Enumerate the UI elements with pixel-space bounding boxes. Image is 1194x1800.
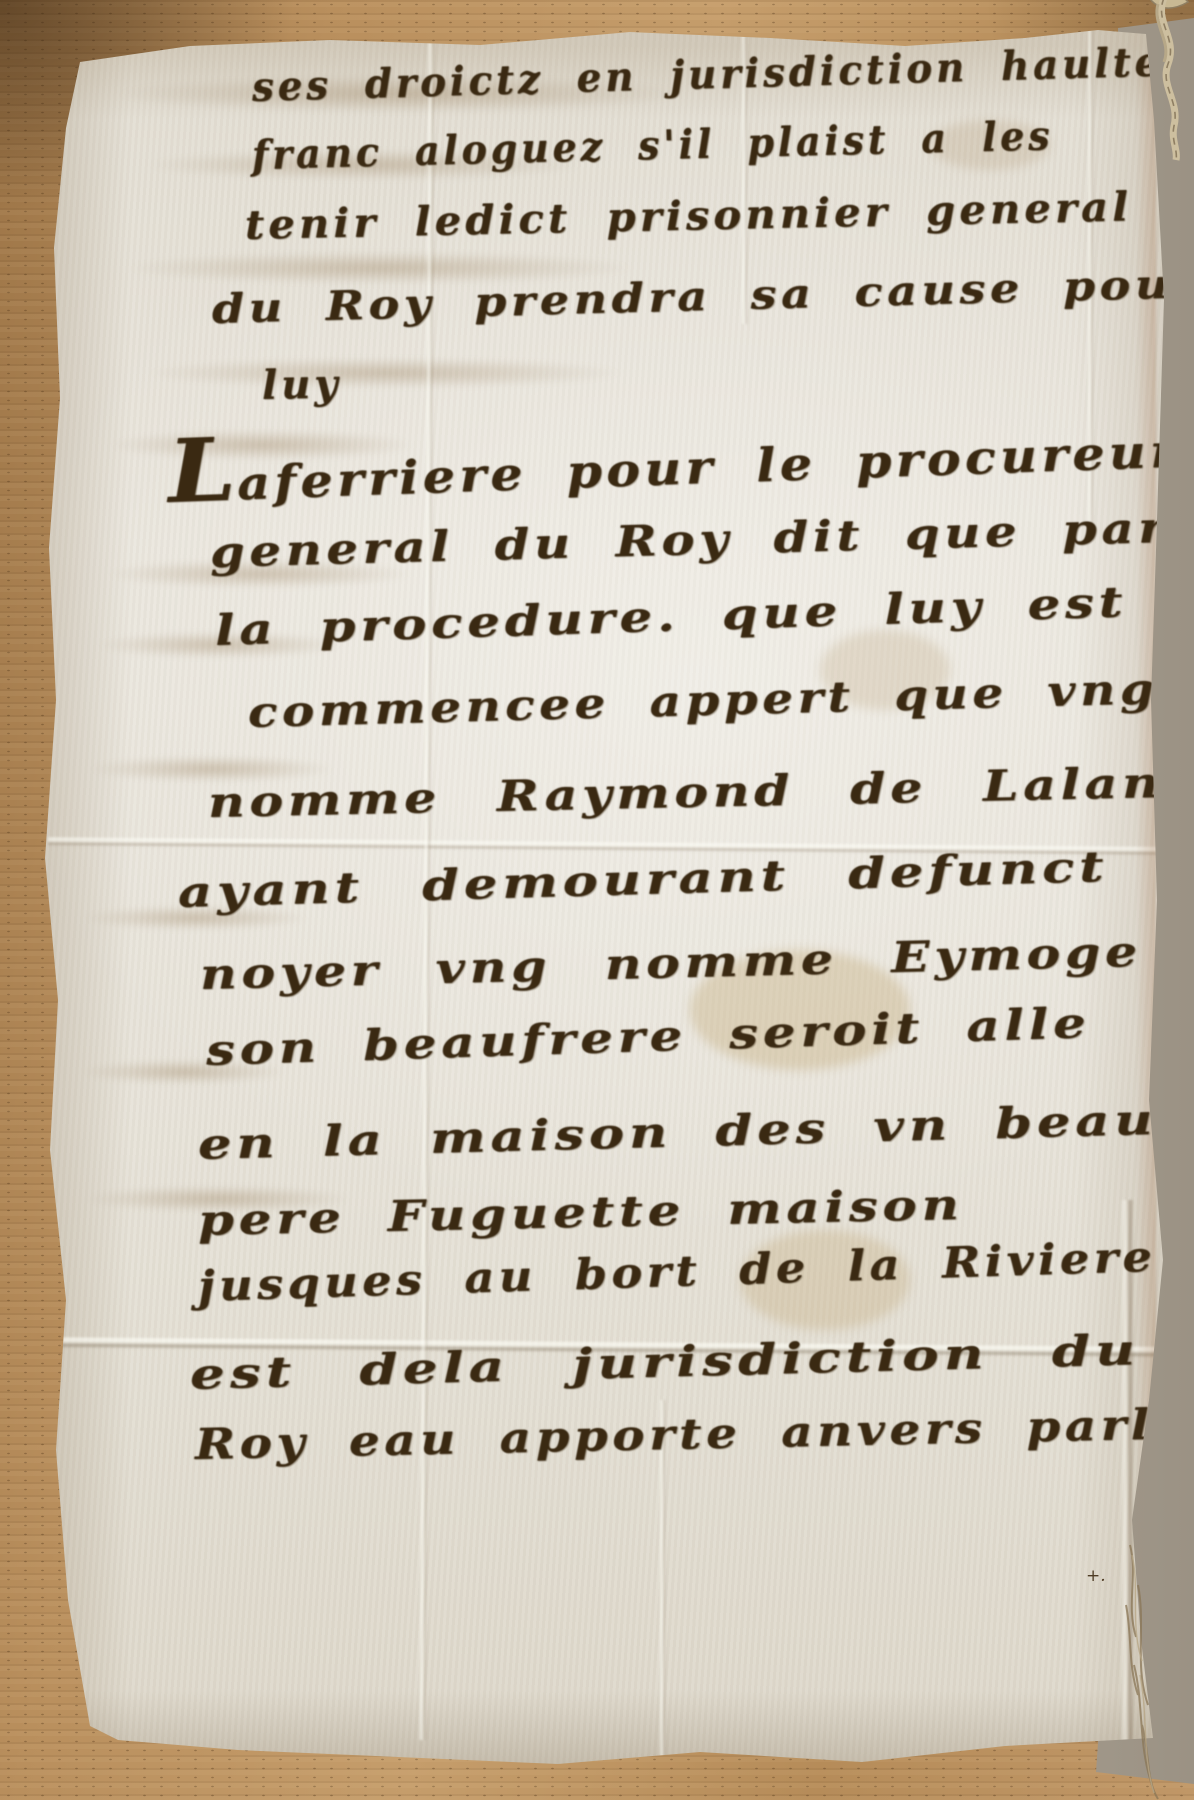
manuscript-line: luy bbox=[262, 361, 342, 409]
manuscript-line: commencee appert que vng bbox=[247, 664, 1158, 737]
manuscript-line: Roy eau apporte anvers parle bbox=[194, 1399, 1189, 1469]
manuscript-line: ses droictz en jurisdiction haulte bbox=[251, 39, 1163, 111]
manuscript-line: ayant demourant defunct bbox=[177, 842, 1109, 917]
manuscript-page: ses droictz en jurisdiction haulte franc… bbox=[0, 0, 1194, 1800]
manuscript-line: est dela jurisdiction du bbox=[189, 1325, 1140, 1399]
manuscript-line: noyer vng nomme Eymoge bbox=[199, 927, 1142, 999]
manuscript-line: franc aloguez s'il plaist a les bbox=[251, 112, 1054, 179]
folio-mark: +. bbox=[1086, 1566, 1106, 1586]
manuscript-line: la procedure. que luy est bbox=[214, 577, 1128, 655]
manuscript-line: nomme Raymond de Lalane bbox=[207, 757, 1194, 827]
manuscript-line: jusques au bort de la Riviere bbox=[197, 1232, 1157, 1311]
show-through bbox=[150, 358, 620, 388]
manuscript-line: en la maison des vn beau bbox=[197, 1095, 1158, 1169]
manuscript-line: tenir ledict prisonnier general bbox=[245, 183, 1133, 249]
manuscript-photo: ses droictz en jurisdiction haulte franc… bbox=[0, 0, 1194, 1800]
frayed-threads-icon bbox=[1108, 1545, 1194, 1800]
manuscript-line: son beaufrere seroit alle bbox=[205, 998, 1091, 1075]
